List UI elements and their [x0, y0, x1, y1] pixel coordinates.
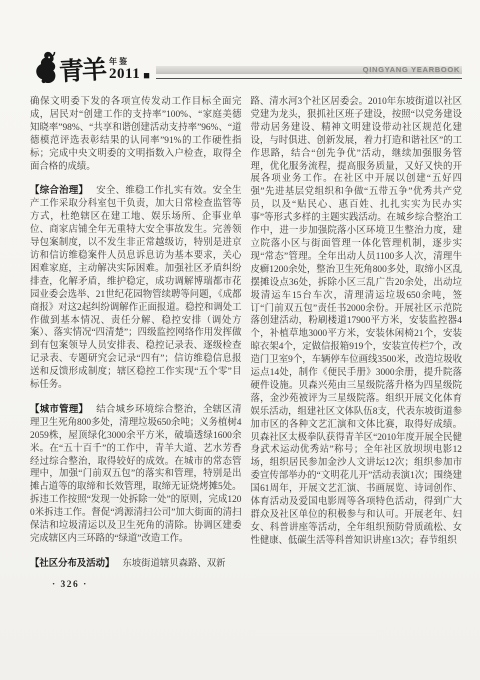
page-number: · 326 ·	[30, 580, 242, 590]
goat-brush-logo-icon	[30, 50, 58, 88]
paragraph-city-management: 【城市管理】结合城乡环境综合整治，全辖区清理卫生死角800多处，清理垃圾650余…	[30, 404, 242, 546]
right-column: 路、清水河3个社区居委会。2010年东坡街道以社区党建为龙头，狠抓社区班子建设，…	[251, 96, 463, 590]
text-columns: 确保文明委下发的各项宣传发动工作目标全面完成，居民对“创建工作的支持率”100%…	[30, 96, 462, 590]
page-header: 青羊 年鉴 2011 ■ QINGYANG YEARBOOK	[30, 42, 462, 84]
paragraph-text: 确保文明委下发的各项宣传发动工作目标全面完成，居民对“创建工作的支持率”100%…	[30, 97, 242, 172]
year-block: 年鉴 2011	[109, 58, 140, 82]
header-rule-line	[156, 78, 462, 80]
paragraph-continuation: 确保文明委下发的各项宣传发动工作目标全面完成，居民对“创建工作的支持率”100%…	[30, 96, 242, 173]
section-heading: 【城市管理】	[30, 405, 88, 415]
yearbook-logo: 青羊 年鉴 2011 ■	[30, 50, 150, 84]
section-heading: 【社区分布及活动】	[30, 559, 114, 569]
paragraph-text: 东坡街道辖贝森路、双新	[122, 559, 225, 569]
brand-title: 青羊	[58, 58, 105, 85]
yearbook-type-label: 年鉴	[109, 58, 129, 66]
paragraph-community-activities-continued: 路、清水河3个社区居委会。2010年东坡街道以社区党建为龙头，狠抓社区班子建设，…	[251, 96, 463, 548]
section-heading: 【综合治理】	[30, 186, 88, 196]
paragraph-text: 路、清水河3个社区居委会。2010年东坡街道以社区党建为龙头，狠抓社区班子建设，…	[251, 97, 463, 546]
yearbook-banner-text: QINGYANG YEARBOOK	[363, 65, 460, 74]
paragraph-text: 安全、维稳工作扎实有效。安全生产工作采取分科室包干负责，加大日常检查监管等方式，…	[30, 186, 242, 390]
logo-square-mark: ■	[143, 71, 150, 82]
paragraph-text: 结合城乡环境综合整治，全辖区清理卫生死角800多处，清理垃圾650余吨；义务植树…	[30, 405, 242, 544]
left-column: 确保文明委下发的各项宣传发动工作目标全面完成，居民对“创建工作的支持率”100%…	[30, 96, 242, 590]
paragraph-comprehensive-governance: 【综合治理】安全、维稳工作扎实有效。安全生产工作采取分科室包干负责，加大日常检查…	[30, 185, 242, 392]
header-banner-area: QINGYANG YEARBOOK	[156, 52, 462, 84]
paragraph-community-activities: 【社区分布及活动】东坡街道辖贝森路、双新	[30, 558, 242, 571]
yearbook-page: 青羊 年鉴 2011 ■ QINGYANG YEARBOOK 确保文明委下发的各…	[0, 0, 480, 680]
edition-year: 2011	[109, 67, 140, 82]
